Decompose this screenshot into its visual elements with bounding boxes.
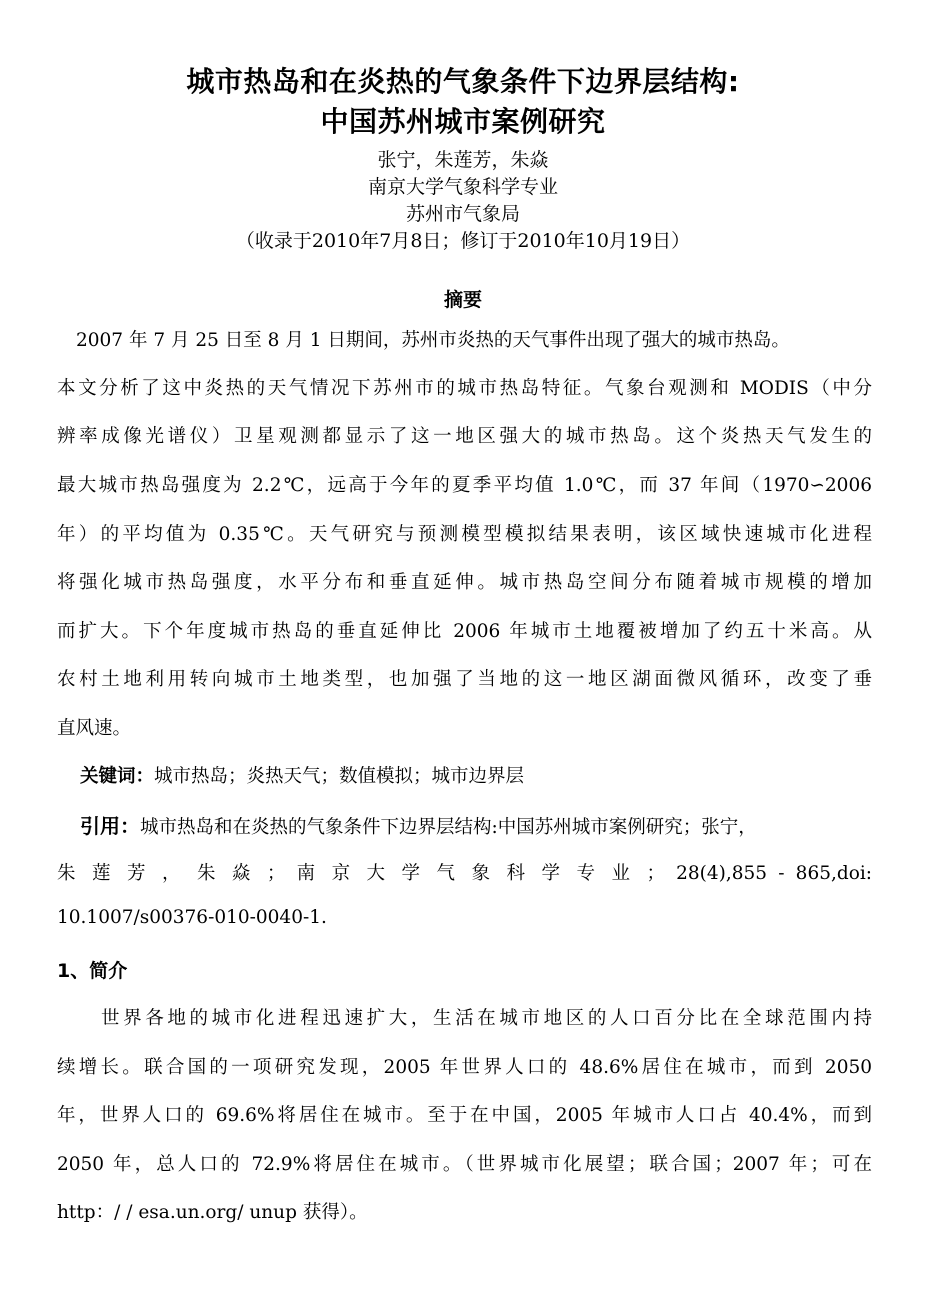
citation-doi: 10.1007/s00376-010-0040-1. [57,907,872,928]
intro-line: 续增长。联合国的一项研究发现，2005 年世界人口的 48.6%居住在城市，而到… [57,1053,872,1079]
intro-line-url: http：/ / esa.un.org/ unup 获得）。 [57,1198,872,1224]
intro-line: 年，世界人口的 69.6%将居住在城市。至于在中国，2005 年城市人口占 40… [57,1101,872,1127]
keywords-text: 城市热岛；炎热天气；数值模拟；城市边界层 [154,766,524,787]
paper-page: 城市热岛和在炎热的气象条件下边界层结构: 中国苏州城市案例研究 张宁，朱莲芳，朱… [0,0,926,1309]
abstract-line: 将强化城市热岛强度，水平分布和垂直延伸。城市热岛空间分布随着城市规模的增加 [57,568,872,594]
intro-line: 世界各地的城市化进程迅速扩大，生活在城市地区的人口百分比在全球范围内持 [101,1004,872,1030]
abstract-line: 2007 年 7 月 25 日至 8 月 1 日期间，苏州市炎热的天气事件出现了… [76,326,872,352]
intro-line: 2050 年，总人口的 72.9%将居住在城市。（世界城市化展望；联合国；200… [57,1150,872,1176]
citation-line2: 朱 莲 芳 ， 朱 焱 ； 南 京 大 学 气 象 科 学 专 业 ； 28(4… [57,859,872,885]
abstract-heading: 摘要 [0,285,926,312]
affiliation-2: 苏州市气象局 [0,199,926,226]
affiliation-1: 南京大学气象科学专业 [0,172,926,199]
citation-line1: 引用：城市热岛和在炎热的气象条件下边界层结构:中国苏州城市案例研究；张宁， [80,810,872,839]
paper-title-line1: 城市热岛和在炎热的气象条件下边界层结构: [0,60,926,100]
citation-label: 引用： [80,814,140,838]
received-revised-dates: （收录于2010年7月8日；修订于2010年10月19日） [0,226,926,253]
abstract-line: 直风速。 [57,714,872,740]
abstract-line: 最大城市热岛强度为 2.2℃，远高于今年的夏季平均值 1.0℃，而 37 年间（… [57,471,872,497]
citation-text: 城市热岛和在炎热的气象条件下边界层结构:中国苏州城市案例研究；张宁， [140,817,757,838]
paper-title-line2: 中国苏州城市案例研究 [0,100,926,140]
abstract-line: 辨率成像光谱仪）卫星观测都显示了这一地区强大的城市热岛。这个炎热天气发生的 [57,422,872,448]
section-heading-introduction: 1、简介 [57,956,872,983]
abstract-line: 本文分析了这中炎热的天气情况下苏州市的城市热岛特征。气象台观测和 MODIS（中… [57,374,872,400]
abstract-line: 农村土地利用转向城市土地类型，也加强了当地的这一地区湖面微风循环，改变了垂 [57,665,872,691]
abstract-line: 年）的平均值为 0.35℃。天气研究与预测模型模拟结果表明，该区域快速城市化进程 [57,520,872,546]
keywords-label: 关键词： [80,766,154,787]
abstract-line: 而扩大。下个年度城市热岛的垂直延伸比 2006 年城市土地覆被增加了约五十米高。… [57,617,872,643]
authors: 张宁，朱莲芳，朱焱 [0,145,926,172]
keywords: 关键词：城市热岛；炎热天气；数值模拟；城市边界层 [80,762,872,788]
